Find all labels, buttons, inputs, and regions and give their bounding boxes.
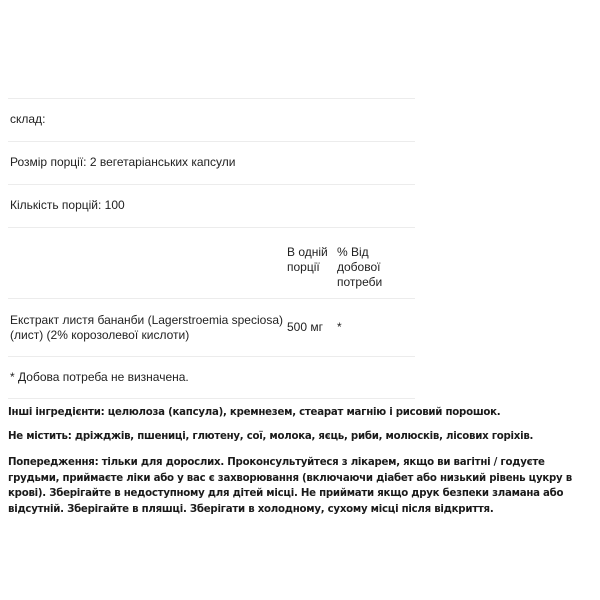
table-header-row: В одній порції % Від добової потреби (8, 227, 415, 298)
ingredient-amount: 500 мг (287, 320, 337, 335)
supplement-facts-table: склад: Розмір порції: 2 вегетаріанських … (8, 98, 415, 399)
servings-count-row: Кількість порцій: 100 (8, 184, 415, 227)
warning-text: Попередження: тільки для дорослих. Проко… (8, 455, 593, 517)
header-spacer (8, 245, 287, 298)
table-row: Екстракт листя бананби (Lagerstroemia sp… (8, 298, 415, 356)
composition-row: склад: (8, 98, 415, 141)
composition-label: склад: (10, 112, 45, 126)
servings-count: Кількість порцій: 100 (10, 198, 125, 212)
footnote-row: * Добова потреба не визначена. (8, 356, 415, 399)
other-ingredients: Інші інгредієнти: целюлоза (капсула), кр… (8, 405, 593, 421)
serving-size-row: Розмір порції: 2 вегетаріанських капсули (8, 141, 415, 184)
header-daily-value: % Від добової потреби (337, 245, 407, 298)
free-of: Не містить: дріжджів, пшениці, глютену, … (8, 429, 593, 445)
ingredient-dv: * (337, 320, 407, 335)
serving-size: Розмір порції: 2 вегетаріанських капсули (10, 155, 235, 169)
footnote: * Добова потреба не визначена. (10, 370, 189, 384)
ingredient-name: Екстракт листя бананби (Lagerstroemia sp… (8, 313, 287, 343)
header-per-serving: В одній порції (287, 245, 337, 298)
